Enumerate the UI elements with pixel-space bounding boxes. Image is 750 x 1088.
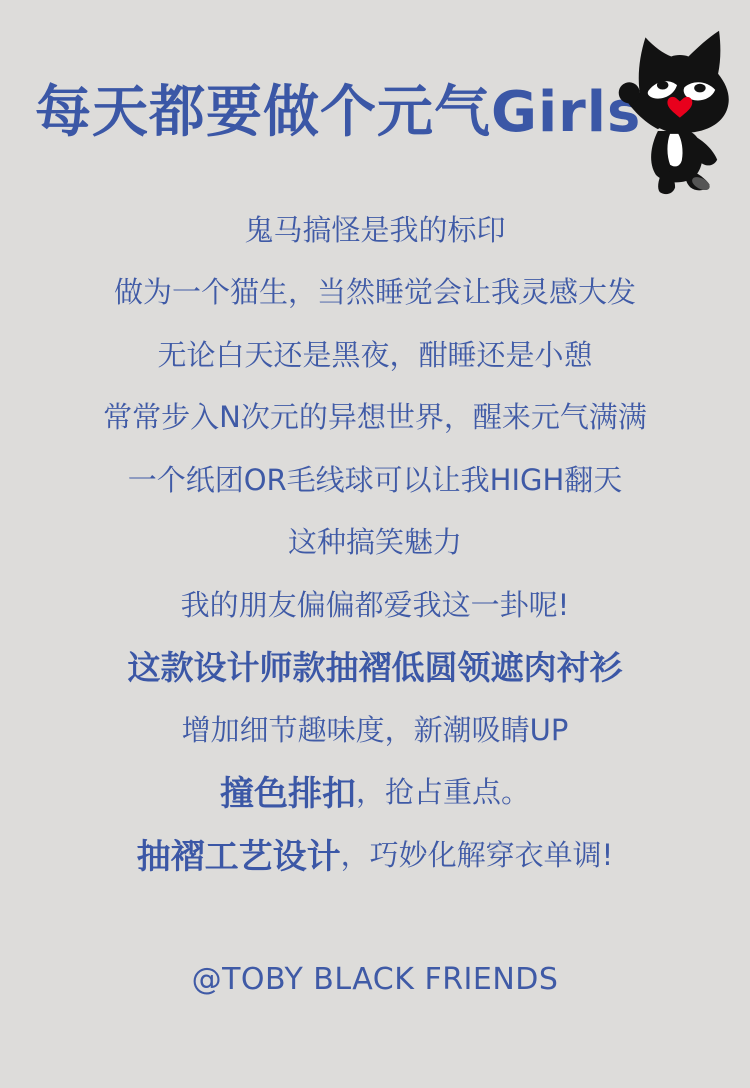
copy-text: 这种搞笑魅力 — [288, 520, 462, 561]
feature-keyword: 抽褶工艺设计 — [137, 829, 341, 878]
copy-text: 无论白天还是黑夜，酣睡还是小憩 — [157, 333, 592, 374]
copy-text: 增加细节趣味度，新潮吸睛UP — [182, 708, 569, 749]
copy-line: 做为一个猫生，当然睡觉会让我灵感大发 — [0, 260, 750, 323]
brand-handle: @TOBY BLACK FRIENDS — [0, 962, 750, 997]
copy-text: ，抢占重点。 — [356, 770, 530, 811]
copy-text: 这款设计师款抽褶低圆领遮肉衬衫 — [128, 642, 623, 689]
product-detail-poster: 每天都要做个元气Girls 鬼马搞怪是我的标印 做为一个猫生，当然睡觉会让我灵感… — [0, 0, 750, 1088]
body-copy: 鬼马搞怪是我的标印 做为一个猫生，当然睡觉会让我灵感大发 无论白天还是黑夜，酣睡… — [0, 197, 750, 885]
copy-line: 一个纸团OR毛线球可以让我HIGH翻天 — [0, 447, 750, 510]
copy-line: 无论白天还是黑夜，酣睡还是小憩 — [0, 322, 750, 385]
copy-text: 一个纸团OR毛线球可以让我HIGH翻天 — [128, 458, 623, 499]
copy-line: 常常步入N次元的异想世界，醒来元气满满 — [0, 385, 750, 448]
copy-text: 做为一个猫生，当然睡觉会让我灵感大发 — [114, 270, 636, 311]
copy-line: 鬼马搞怪是我的标印 — [0, 197, 750, 260]
copy-line: 我的朋友偏偏都爱我这一卦呢! — [0, 572, 750, 635]
copy-text: 鬼马搞怪是我的标印 — [244, 208, 505, 249]
feature-keyword: 撞色排扣 — [220, 766, 356, 815]
copy-text: ，巧妙化解穿衣单调! — [341, 833, 614, 874]
copy-text: 我的朋友偏偏都爱我这一卦呢! — [181, 583, 570, 624]
copy-line: 增加细节趣味度，新潮吸睛UP — [0, 697, 750, 760]
copy-line-product-headline: 这款设计师款抽褶低圆领遮肉衬衫 — [0, 635, 750, 698]
copy-line-feature-pleats: 抽褶工艺设计，巧妙化解穿衣单调! — [0, 822, 750, 885]
copy-line: 这种搞笑魅力 — [0, 510, 750, 573]
copy-line-feature-buttons: 撞色排扣，抢占重点。 — [0, 760, 750, 823]
copy-text: 常常步入N次元的异想世界，醒来元气满满 — [103, 395, 647, 436]
tmall-cat-mascot-icon — [610, 24, 744, 196]
page-title: 每天都要做个元气Girls — [35, 68, 641, 148]
